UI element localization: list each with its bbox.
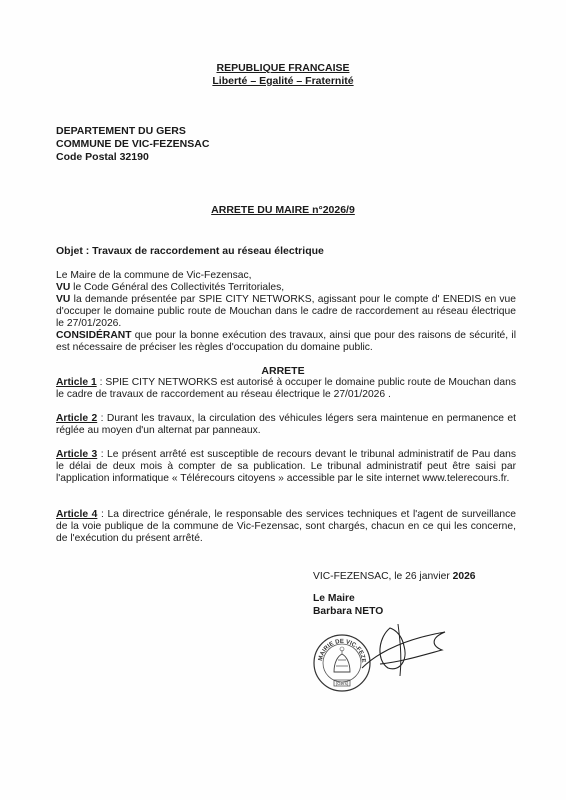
article-1: Article 1 : SPIE CITY NETWORKS est autor… [56,377,516,401]
signatory-name: Barbara NETO [313,606,383,619]
year: 2026 [453,571,476,582]
postal-code: Code Postal 32190 [56,151,209,164]
signatory: Le Maire Barbara NETO [313,593,383,618]
document-page: REPUBLIQUE FRANCAISE Liberté – Egalité –… [0,0,566,800]
republic-title: REPUBLIQUE FRANCAISE [216,62,349,74]
preamble: Le Maire de la commune de Vic-Fezensac, … [56,270,516,354]
decree-title: ARRETE DU MAIRE n°2026/9 [0,204,566,216]
motto-text: Liberté – Egalité – Fraternité [212,75,353,87]
article-label: Article 4 [56,509,97,520]
preamble-vu-2: VU la demande présentée par SPIE CITY NE… [56,294,516,330]
svg-text:(Gers): (Gers) [336,681,349,686]
article-text: : Le présent arrêté est susceptible de r… [56,449,516,484]
arrete-heading: ARRETE [0,365,566,377]
vu-text: le Code Général des Collectivités Territ… [70,282,284,293]
subject-line: Objet : Travaux de raccordement au résea… [56,245,324,257]
svg-text:MAIRIE DE VIC-FEZENSAC: MAIRIE DE VIC-FEZENSAC [312,632,366,663]
commune-name: COMMUNE DE VIC-FEZENSAC [56,138,209,151]
issuer-block: DEPARTEMENT DU GERS COMMUNE DE VIC-FEZEN… [56,125,209,164]
department-name: DEPARTEMENT DU GERS [56,125,209,138]
article-text: : La directrice générale, le responsable… [56,509,516,544]
considerant-label: CONSIDÉRANT [56,330,132,341]
preamble-vu-1: VU le Code Général des Collectivités Ter… [56,282,516,294]
place-date: VIC-FEZENSAC, le 26 janvier 2026 [313,571,476,584]
article-2: Article 2 : Durant les travaux, la circu… [56,413,516,437]
signatory-title: Le Maire [313,593,383,606]
vu-label: VU [56,294,70,305]
article-4: Article 4 : La directrice générale, le r… [56,509,516,545]
article-text: : Durant les travaux, la circulation des… [56,413,516,436]
vu-text: la demande présentée par SPIE CITY NETWO… [56,294,516,329]
article-label: Article 1 [56,377,97,388]
article-text: : SPIE CITY NETWORKS est autorisé à occu… [56,377,516,400]
republic-heading: REPUBLIQUE FRANCAISE [0,62,566,75]
preamble-intro: Le Maire de la commune de Vic-Fezensac, [56,270,516,282]
motto: Liberté – Egalité – Fraternité [0,75,566,88]
vu-label: VU [56,282,70,293]
article-label: Article 2 [56,413,97,424]
place-date-text: VIC-FEZENSAC, le 26 janvier [313,571,453,582]
article-label: Article 3 [56,449,97,460]
preamble-considerant: CONSIDÉRANT que pour la bonne exécution … [56,330,516,354]
article-3: Article 3 : Le présent arrêté est suscep… [56,449,516,485]
signature-icon [360,620,450,680]
